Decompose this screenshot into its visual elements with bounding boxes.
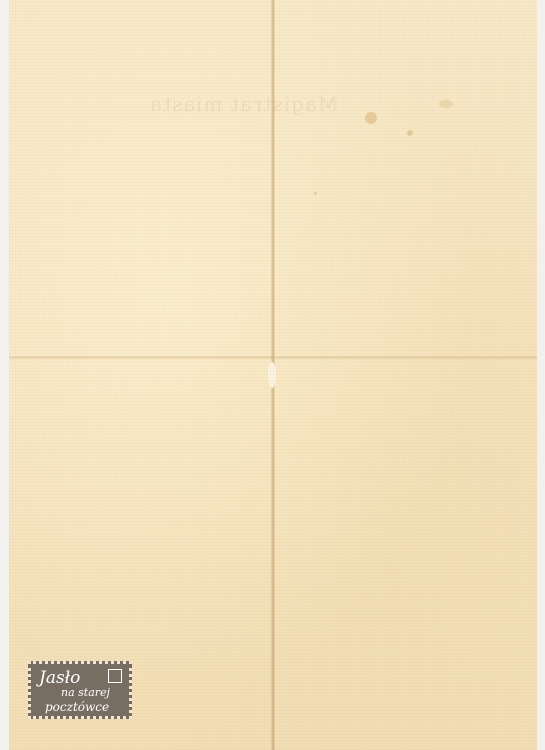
logo-line-3: pocztówce — [45, 700, 109, 714]
horizontal-fold-line — [9, 356, 537, 359]
logo-line-1: Jasło — [39, 668, 80, 688]
stain — [365, 112, 377, 124]
vertical-fold-line — [271, 0, 275, 750]
watermark-logo: Jasło na starej pocztówce — [28, 661, 132, 719]
logo-line-2: na starej — [61, 686, 110, 699]
stain — [314, 192, 317, 195]
paper-tear — [268, 362, 276, 388]
bleed-through-text: Magistrat miasta — [149, 92, 338, 116]
aged-paper: Magistrat miasta — [9, 0, 537, 750]
stain — [439, 100, 453, 108]
stain — [407, 130, 413, 136]
stamp-icon — [108, 669, 122, 683]
